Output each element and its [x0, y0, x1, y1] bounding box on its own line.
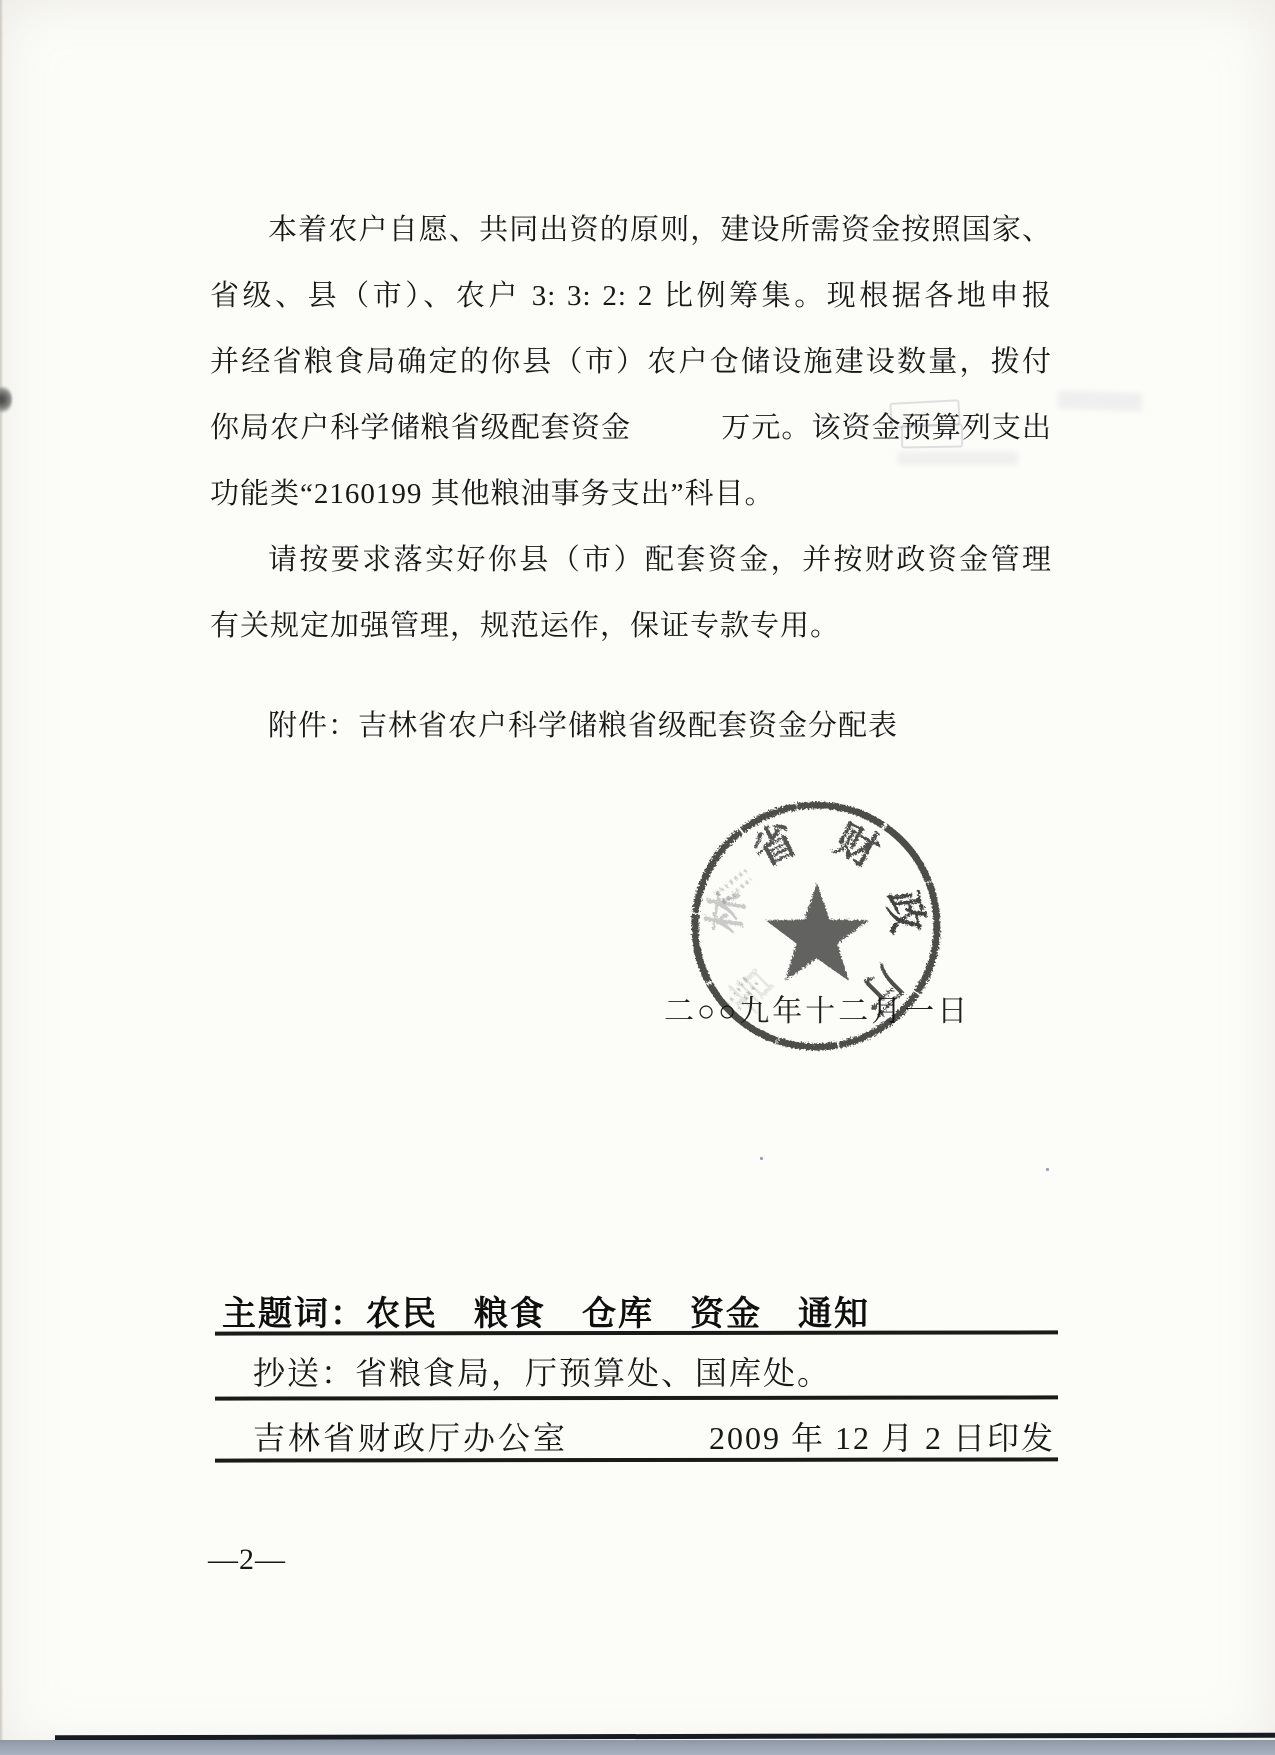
print-date: 2009 年 12 月 2 日印发 — [709, 1413, 1055, 1459]
body-line: 本着农户自愿、共同出资的原则，建设所需资金按照国家、 — [210, 197, 1052, 263]
scan-edge-bottom-band — [0, 1740, 1275, 1755]
attachment-line: 附件：吉林省农户科学储粮省级配套资金分配表 — [210, 693, 1052, 759]
cc-line: 抄送：省粮食局，厅预算处、国库处。 — [253, 1348, 831, 1394]
divider-line — [215, 1330, 1058, 1335]
seal-char: 林 — [701, 887, 754, 937]
seal-char: 政 — [878, 888, 931, 937]
pencil-annotation — [901, 423, 963, 448]
body-line: 功能类“2160199 其他粮油事务支出”科目。 — [210, 461, 1052, 527]
body-line: 有关规定加强管理，规范运作，保证专款专用。 — [210, 593, 1052, 659]
scan-binding-mark — [0, 386, 12, 413]
page-number: —2— — [208, 1543, 286, 1577]
official-seal: 吉 林 省 财 政 厅 — [688, 798, 944, 1054]
body-line: 请按要求落实好你县（市）配套资金，并按财政资金管理 — [210, 527, 1052, 593]
subject-keywords-line: 主题词：农民 粮食 仓库 资金 通知 — [222, 1286, 870, 1335]
scan-edge-left — [0, 0, 3, 1755]
seal-star-icon — [766, 883, 869, 981]
scan-smudge — [898, 452, 1018, 465]
scan-speck — [1046, 1168, 1049, 1171]
divider-line — [215, 1457, 1058, 1462]
scan-smudge — [1058, 391, 1143, 412]
scan-speck — [760, 1157, 763, 1160]
issuing-office: 吉林省财政厅办公室 — [253, 1413, 568, 1459]
body-line: 并经省粮食局确定的你县（市）农户仓储设施建设数量，拨付 — [210, 329, 1052, 395]
document-page: 本着农户自愿、共同出资的原则，建设所需资金按照国家、省级、县（市）、农户 3: … — [0, 0, 1275, 1755]
body-line: 省级、县（市）、农户 3: 3: 2: 2 比例筹集。现根据各地申报 — [210, 263, 1052, 329]
divider-line — [215, 1395, 1058, 1400]
